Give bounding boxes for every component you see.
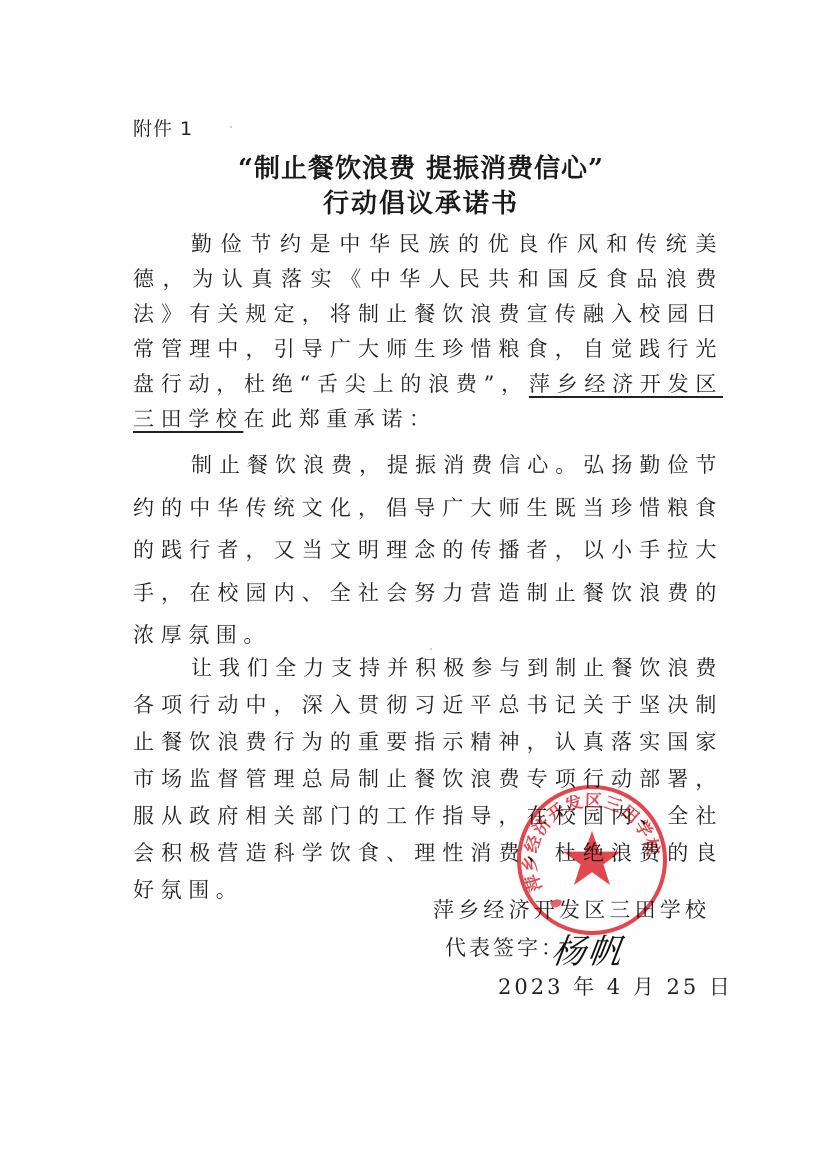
paragraph-pledge-text: 制止餐饮浪费，提振消费信心。弘扬勤俭节约的中华传统文化，倡导广大师生既当珍惜粮食… xyxy=(133,453,723,647)
attachment-label: 附件 1 xyxy=(133,114,193,141)
paragraph-pledge: 制止餐饮浪费，提振消费信心。弘扬勤俭节约的中华传统文化，倡导广大师生既当珍惜粮食… xyxy=(133,444,723,657)
document-title-line2: 行动倡议承诺书 xyxy=(8,183,826,220)
signature-date: 2023 年 4 月 25 日 xyxy=(498,971,733,1001)
paragraph-intro: 勤俭节约是中华民族的优良作风和传统美德，为认真落实《中华人民共和国反食品浪费法》… xyxy=(133,227,723,437)
star-icon xyxy=(563,831,621,885)
official-seal: 萍乡经济开发区三田学校 xyxy=(515,783,669,937)
document-title-line1: “制止餐饮浪费 提振消费信心” xyxy=(8,148,826,185)
paragraph-intro-tail: 在此郑重承诺： xyxy=(243,407,436,431)
scan-artifact xyxy=(430,648,432,650)
scan-artifact xyxy=(230,126,232,128)
scan-artifact xyxy=(280,495,282,497)
document-page: 附件 1 “制止餐饮浪费 提振消费信心” 行动倡议承诺书 勤俭节约是中华民族的优… xyxy=(0,0,826,1168)
